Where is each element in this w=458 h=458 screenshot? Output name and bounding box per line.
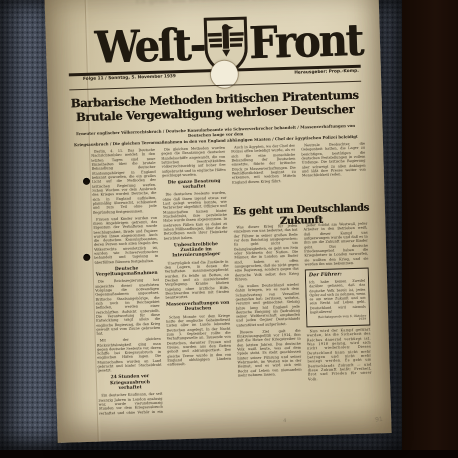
bleed-through-text: Es geht um Deutschlands Zukunft (45, 0, 379, 8)
paragraph: Was dieser Krieg für jeden einzelnen von… (233, 224, 299, 282)
body-column-3-top: Auch in Ägypten, wo der Chef der Polizei… (231, 144, 297, 202)
column-subhead: Massenverhaftungen von Deutschen (166, 301, 230, 313)
paragraph: Berlin, 4. 11. Das Deutsche Nachrichtenb… (91, 148, 157, 215)
paragraph: Auch in Ägypten, wo der Chef der Polizei… (231, 144, 296, 185)
second-story-column-right: Jeder Soldat am Westwall, jeder Arbeiter… (303, 222, 372, 410)
column-subhead: Unbeschreibliche Zustände im Internierun… (164, 241, 228, 259)
paragraph: Frauen und Kinder wurden von ihren Angeh… (93, 215, 158, 264)
paragraph: Mit der gleichen Rücksichtslosigkeit gin… (97, 337, 162, 374)
paragraph: Die deutschen Seeleute wurden, ohne daß … (162, 191, 227, 240)
fuehrer-quote-text: Ich habe keinen Zweifel darüber gelassen… (309, 279, 366, 315)
punch-hole-bottom (83, 254, 90, 261)
paragraph-emphasized: Nun wird der Kampf geführt werden, bis d… (306, 328, 372, 382)
masthead-title-right: Front (248, 15, 364, 69)
paragraph: Die gleichen Methoden wurden gegen die B… (161, 146, 226, 178)
paragraph: Sie wollen Deutschland wieder dahin brin… (235, 282, 300, 327)
punch-hole-top (83, 178, 90, 185)
paragraph: Ein deutscher Kaufmann, der seit zwanzig… (98, 392, 163, 416)
pencil-mark-center: 4 (283, 418, 286, 424)
lead-headline: Barbarische Methoden britischen Piratent… (60, 88, 371, 124)
backdrop-shadow-bottom (0, 450, 458, 458)
column-subhead: 24 Stunden vor Kriegsausbruch verhaftet (98, 374, 162, 392)
paragraph: Diesem Ziel galt die Einkreisungspolitik… (236, 328, 301, 377)
fuehrer-quote-header: Der Führer: (309, 271, 365, 279)
body-column-4-top: Neutrale Beobachter, die Gelegenheit hat… (301, 142, 367, 200)
masthead-publisher: Herausgeber: Prop.-Komp. (294, 69, 359, 76)
body-column-1: Berlin, 4. 11. Das Deutsche Nachrichtenb… (91, 148, 163, 416)
paragraph: Unerträglich sind die Zustände in den La… (164, 259, 229, 300)
paragraph: Jeder Soldat am Westwall, jeder Arbeiter… (303, 222, 368, 267)
body-column-2: Die gleichen Methoden wurden gegen die B… (161, 146, 233, 414)
second-story-column-left: Was dieser Krieg für jeden einzelnen von… (233, 224, 302, 412)
photo-backdrop: Es geht um Deutschlands Zukunft Weſt- Fr… (0, 0, 458, 458)
paragraph: Schon Monate vor dem Kriege hatte der en… (166, 313, 232, 367)
paragraph: Die Reichsregierung hat angesichts diese… (95, 278, 161, 336)
masthead-title-left: Weſt- (59, 20, 204, 75)
backdrop-shadow-right (402, 0, 458, 458)
column-subhead: Deutsche Vergeltungsmaßnahmen (95, 266, 159, 278)
column-subhead: Die ganze Besatzung verhaftet (162, 179, 226, 191)
paragraph: Neutrale Beobachter, die Gelegenheit hat… (301, 142, 366, 179)
newspaper-page: Es geht um Deutschlands Zukunft Weſt- Fr… (44, 0, 391, 443)
fuehrer-quote-box: Der Führer: Ich habe keinen Zweifel darü… (305, 267, 371, 326)
pencil-mark-right: 91 (375, 416, 383, 424)
fuehrer-quote-attribution: Reichstagsrede vom 6. Oktober 1939 (310, 314, 366, 323)
